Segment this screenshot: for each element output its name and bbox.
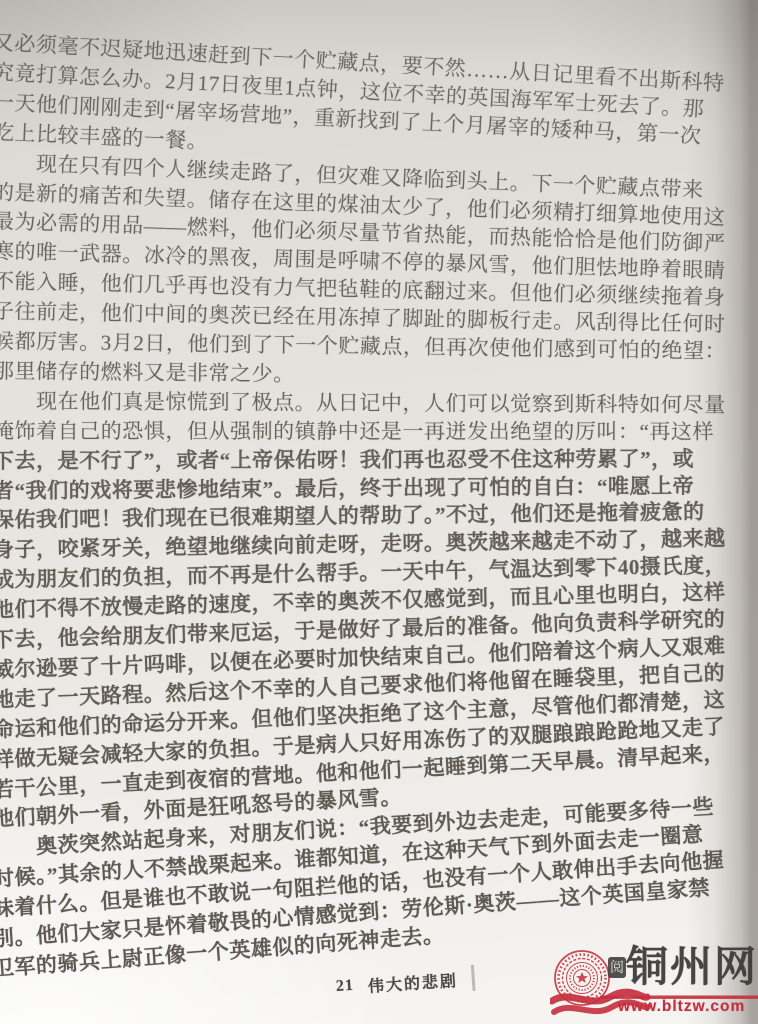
watermark-site-name: 铜州网 [626,944,758,992]
read-badge: 阅 [608,957,626,978]
text-line: 者“我们的戏将要悲惨地结束”。最后，终于出现了可怕的自白：“唯愿上帝 [0,473,758,503]
text-line: 那里储存的燃料又是非常之少。 [0,359,758,391]
text-line: 掩饰着自己的恐惧，但从强制的镇静中还是一再迸发出绝望的厉叫：“再这样 [0,419,758,444]
text-line: 现在他们真是惊慌到了极点。从日记中，人们可以觉察到斯科特如何尽量 [0,389,758,417]
watermark-site-url: www.bltzw.com [618,998,745,1016]
text-line: 下去，是不行了”，或者“上帝保佑呀！我们再也忍受不住这种劳累了”，或 [0,446,758,472]
book-page-photo: 又必须毫不迟疑地迅速赶到下一个贮藏点，要不然……从日记里看不出斯科特究竟打算怎么… [0,0,758,1024]
chapter-title: 伟大的悲剧 [367,967,458,996]
body-text: 又必须毫不迟疑地迅速赶到下一个贮藏点，要不然……从日记里看不出斯科特究竟打算怎么… [0,0,758,1024]
page-number: 21 [335,977,354,996]
site-watermark: 阅 铜州网 www.bltzw.com [550,944,758,1024]
